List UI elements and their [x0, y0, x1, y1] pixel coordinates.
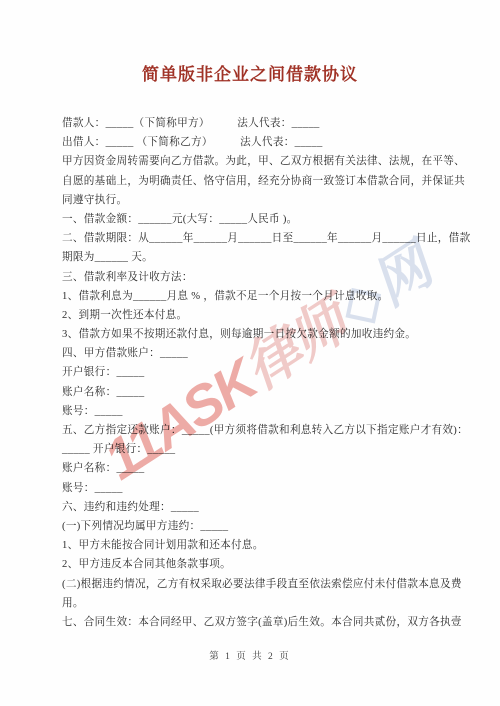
document-line: 账号：_____	[62, 479, 462, 498]
document-line: 期限为______ 天。	[62, 248, 462, 267]
document-line: 借款人：_____（下简称甲方） 法人代表：_____	[62, 114, 462, 133]
document-body: 借款人：_____（下简称甲方） 法人代表：_____出借人：_____ （下简…	[62, 114, 462, 632]
document-line: (一)下列情况均属甲方违约：_____	[62, 517, 462, 536]
document-line: 六、违约和违约处理：_____	[62, 498, 462, 517]
document-line: 一、借款金额：______元(大写：_____人民币 )。	[62, 210, 462, 229]
document-line: 七、合同生效：本合同经甲、乙双方签字(盖章)后生效。本合同共贰份，双方各执壹	[62, 613, 462, 632]
document-line: 二、借款期限：从______年______月______日至______年___…	[62, 229, 462, 248]
document-line: 账号：_____	[62, 402, 462, 421]
document-line: 账户名称：_____	[62, 383, 462, 402]
document-line: _____ 开户银行：_____	[62, 440, 462, 459]
document-line: 2、甲方违反本合同其他条款事项。	[62, 555, 462, 574]
document-line: 五、乙方指定还款账户：_____(甲方须将借款和利息转入乙方以下指定账户才有效)…	[62, 421, 462, 440]
document-line: 自愿的基础上，为明确责任、恪守信用，经充分协商一致签订本借款合同，并保证共	[62, 172, 462, 191]
document-line: 账户名称：_____	[62, 459, 462, 478]
document-line: 三、借款利率及计收方法：	[62, 268, 462, 287]
document-line: 2、到期一次性还本付息。	[62, 306, 462, 325]
document-line: 1、甲方未能按合同计划用款和还本付息。	[62, 536, 462, 555]
document-line: 四、甲方借款账户：_____	[62, 344, 462, 363]
document-line: 3、借款方如果不按期还款付息，则每逾期一日按欠款金额的加收违约金。	[62, 325, 462, 344]
document-line: 出借人：_____ （下简称乙方） 法人代表：_____	[62, 133, 462, 152]
page-number-footer: 第 1 页 共 2 页	[0, 648, 500, 662]
document-line: 甲方因资金周转需要向乙方借款。为此，甲、乙双方根据有关法律、法规，在平等、	[62, 152, 462, 171]
document-page: 简单版非企业之间借款协议 11ASK律师网 借款人：_____（下简称甲方） 法…	[0, 0, 500, 706]
document-line: 同遵守执行。	[62, 191, 462, 210]
document-title: 简单版非企业之间借款协议	[0, 60, 500, 85]
document-line: 用。	[62, 594, 462, 613]
document-line: 1、借款利息为______月息 % ，借款不足一个月按一个月计息收取。	[62, 287, 462, 306]
document-line: (二)根据违约情况，乙方有权采取必要法律手段直至依法索偿应付未付借款本息及费	[62, 575, 462, 594]
document-line: 开户银行：_____	[62, 363, 462, 382]
